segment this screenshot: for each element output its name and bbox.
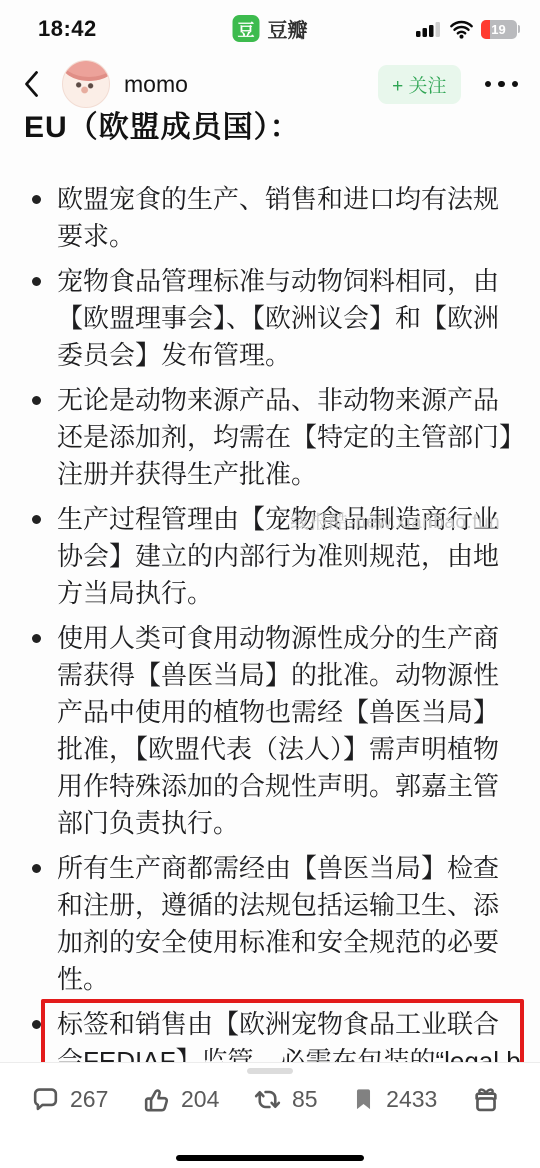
back-button[interactable] <box>20 67 54 101</box>
repost-button[interactable]: 85 <box>252 1084 318 1115</box>
clock: 18:42 <box>38 16 97 42</box>
douban-post-screen: 18:42 豆 豆瓣 <box>0 0 540 1168</box>
bullet-dot-icon <box>24 263 57 374</box>
bullet-item: 使用人类可食用动物源性成分的生产商需获得【兽医当局】的批准。动物源性产品中使用的… <box>24 620 522 842</box>
comment-icon <box>30 1084 61 1115</box>
comment-count: 267 <box>70 1086 108 1113</box>
bullet-dot-icon <box>24 620 57 842</box>
app-name-label: 豆瓣 <box>268 14 308 43</box>
douban-app-icon: 豆 <box>233 15 260 42</box>
post-content: EU（欧盟成员国）： 欧盟宠食的生产、销售和进口均有法规要求。 宠物食品管理标准… <box>0 108 540 1125</box>
like-button[interactable]: 204 <box>141 1084 219 1115</box>
bullet-dot-icon <box>24 382 57 493</box>
post-header: momo + 关注 <box>0 58 540 110</box>
wifi-icon <box>449 20 474 39</box>
repost-icon <box>252 1084 283 1115</box>
bullet-list: 欧盟宠食的生产、销售和进口均有法规要求。 宠物食品管理标准与动物饲料相同，由【欧… <box>24 181 522 1117</box>
bottom-toolbar: 267 204 85 <box>0 1062 540 1168</box>
chevron-left-icon <box>20 69 42 99</box>
status-indicators: 19 <box>415 20 521 39</box>
gift-icon <box>470 1083 502 1115</box>
follow-button[interactable]: + 关注 <box>378 65 460 104</box>
username[interactable]: momo <box>124 71 378 98</box>
bullet-dot-icon <box>24 501 57 612</box>
bookmark-button[interactable]: 2433 <box>350 1085 437 1114</box>
home-indicator[interactable] <box>176 1155 364 1161</box>
status-bar: 18:42 豆 豆瓣 <box>0 0 540 52</box>
watermark-text: 线报酷-new.xianbao.fun <box>290 507 500 534</box>
like-count: 204 <box>181 1086 219 1113</box>
bullet-item: 宠物食品管理标准与动物饲料相同，由【欧盟理事会】、【欧洲议会】和【欧洲委员会】发… <box>24 263 522 374</box>
battery-icon: 19 <box>481 20 521 39</box>
repost-count: 85 <box>292 1086 318 1113</box>
post-title: EU（欧盟成员国）： <box>24 108 522 148</box>
bookmark-icon <box>350 1085 377 1114</box>
bullet-dot-icon <box>24 181 57 255</box>
bullet-dot-icon <box>24 850 57 998</box>
bookmark-count: 2433 <box>386 1086 437 1113</box>
user-avatar[interactable] <box>62 60 110 108</box>
ellipsis-icon <box>485 81 492 88</box>
bullet-item: 所有生产商都需经由【兽医当局】检查和注册，遵循的法规包括运输卫生、添加剂的安全使… <box>24 850 522 998</box>
more-menu-button[interactable] <box>483 75 521 94</box>
battery-percent: 19 <box>481 20 517 39</box>
action-bar: 267 204 85 <box>0 1074 540 1115</box>
app-badge: 豆 豆瓣 <box>233 14 308 43</box>
gift-button[interactable] <box>470 1083 502 1115</box>
bullet-item: 无论是动物来源产品、非动物来源产品还是添加剂，均需在【特定的主管部门】注册并获得… <box>24 382 522 493</box>
comment-button[interactable]: 267 <box>30 1084 108 1115</box>
bullet-item: 欧盟宠食的生产、销售和进口均有法规要求。 <box>24 181 522 255</box>
thumbs-up-icon <box>141 1084 172 1115</box>
cellular-signal-icon <box>415 20 442 38</box>
